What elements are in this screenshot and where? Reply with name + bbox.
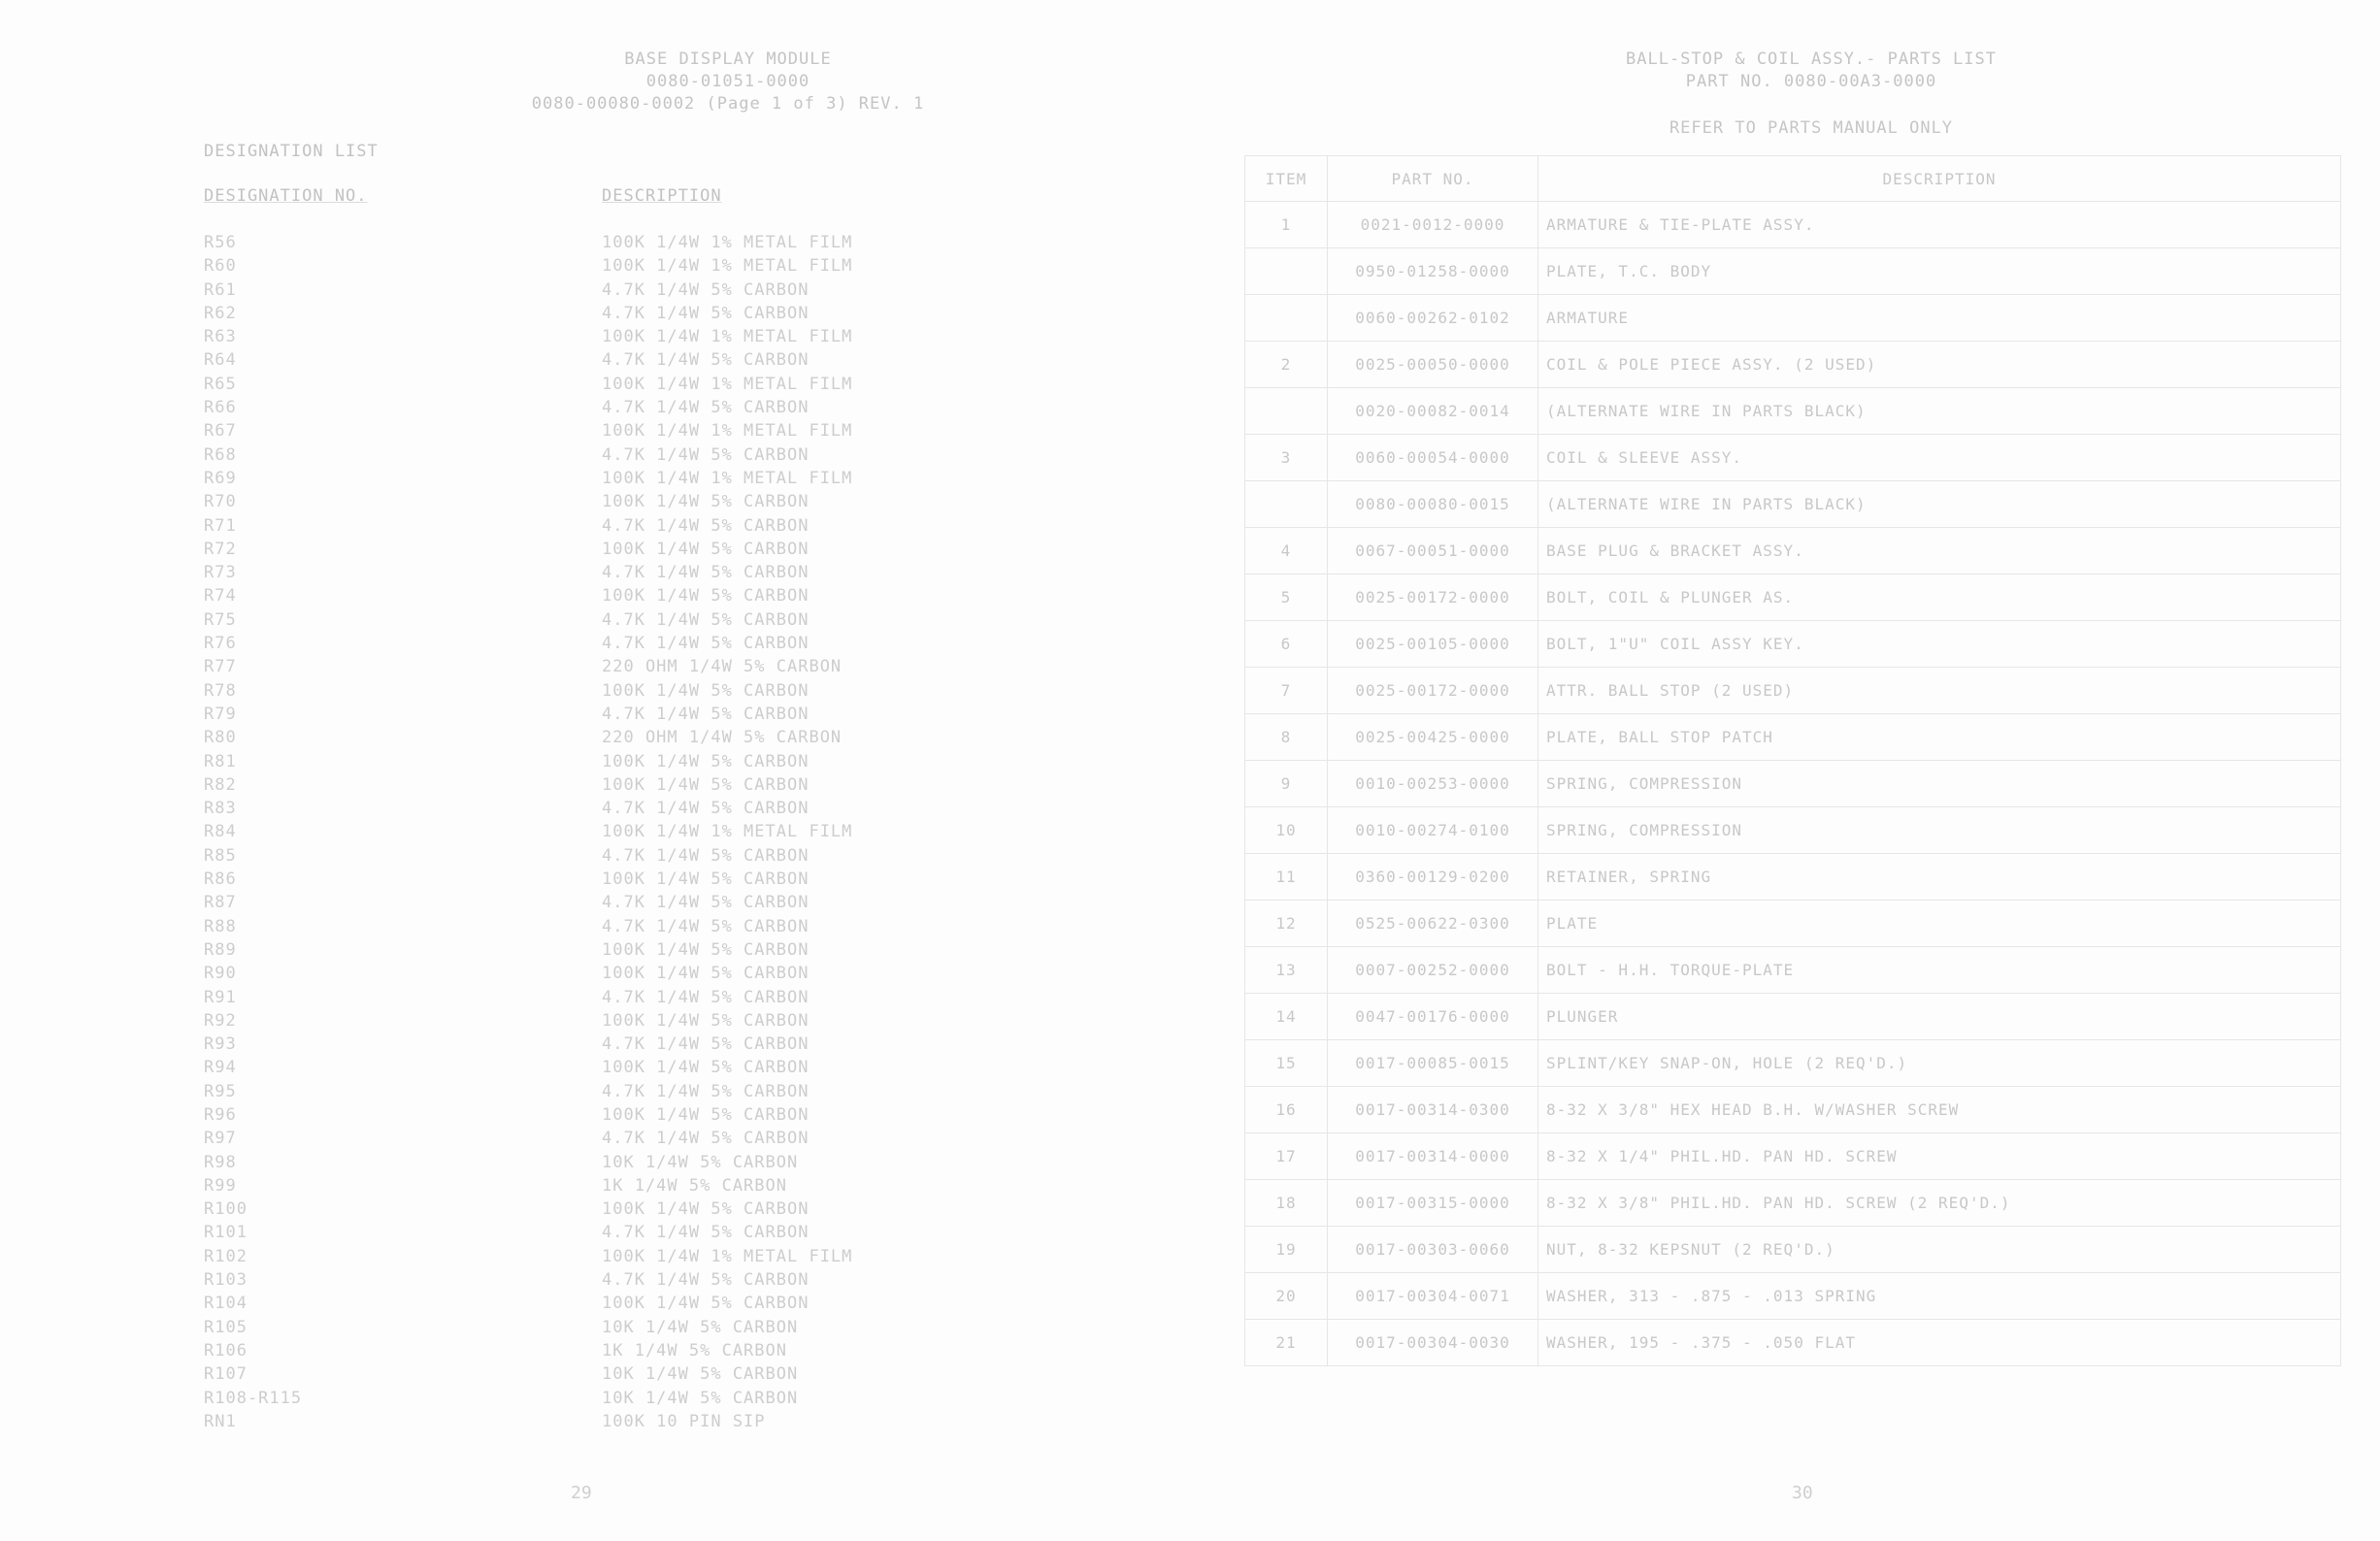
designation-cell: R69 — [204, 467, 602, 490]
list-item: R69100K 1/4W 1% METAL FILM — [204, 467, 980, 490]
list-item: R734.7K 1/4W 5% CARBON — [204, 561, 980, 584]
description-cell: 100K 1/4W 1% METAL FILM — [602, 254, 980, 278]
description-cell: 100K 1/4W 1% METAL FILM — [602, 419, 980, 443]
designation-cell: R61 — [204, 279, 602, 302]
list-item: R1014.7K 1/4W 5% CARBON — [204, 1221, 980, 1244]
designation-cell: R82 — [204, 773, 602, 797]
table-row: 10021-0012-0000ARMATURE & TIE-PLATE ASSY… — [1245, 202, 2341, 248]
part-number-cell: 0017-00085-0015 — [1328, 1040, 1538, 1087]
description-cell: PLATE, BALL STOP PATCH — [1538, 714, 2341, 761]
description-cell: 1K 1/4W 5% CARBON — [602, 1339, 980, 1362]
table-row: 200017-00304-0071WASHER, 313 - .875 - .0… — [1245, 1273, 2341, 1320]
description-cell: 100K 10 PIN SIP — [602, 1410, 980, 1433]
description-cell: 10K 1/4W 5% CARBON — [602, 1387, 980, 1410]
list-item: R102100K 1/4W 1% METAL FILM — [204, 1245, 980, 1268]
table-row: 140047-00176-0000PLUNGER — [1245, 994, 2341, 1040]
description-cell: 100K 1/4W 5% CARBON — [602, 938, 980, 962]
designation-cell: R96 — [204, 1103, 602, 1127]
table-row: 20025-00050-0000COIL & POLE PIECE ASSY. … — [1245, 342, 2341, 388]
part-number-cell: 0025-00425-0000 — [1328, 714, 1538, 761]
description-cell: 4.7K 1/4W 5% CARBON — [602, 514, 980, 538]
designation-cell: R79 — [204, 703, 602, 726]
item-cell: 3 — [1245, 435, 1328, 481]
description-cell: 4.7K 1/4W 5% CARBON — [602, 561, 980, 584]
description-cell: 8-32 X 3/8" PHIL.HD. PAN HD. SCREW (2 RE… — [1538, 1180, 2341, 1227]
table-row: 40067-00051-0000BASE PLUG & BRACKET ASSY… — [1245, 528, 2341, 574]
designation-cell: R106 — [204, 1339, 602, 1362]
item-cell: 16 — [1245, 1087, 1328, 1133]
part-number-cell: 0047-00176-0000 — [1328, 994, 1538, 1040]
description-cell: PLATE — [1538, 901, 2341, 947]
list-item: R72100K 1/4W 5% CARBON — [204, 538, 980, 561]
designation-cell: R72 — [204, 538, 602, 561]
description-cell: PLUNGER — [1538, 994, 2341, 1040]
list-item: R90100K 1/4W 5% CARBON — [204, 962, 980, 985]
description-cell: RETAINER, SPRING — [1538, 854, 2341, 901]
designation-cell: R88 — [204, 915, 602, 938]
designation-cell: R60 — [204, 254, 602, 278]
list-item: R1034.7K 1/4W 5% CARBON — [204, 1268, 980, 1292]
list-item: R794.7K 1/4W 5% CARBON — [204, 703, 980, 726]
description-cell: 4.7K 1/4W 5% CARBON — [602, 915, 980, 938]
page-number: 30 — [1792, 1483, 1813, 1503]
designation-cell: R66 — [204, 396, 602, 419]
description-cell: 100K 1/4W 1% METAL FILM — [602, 1245, 980, 1268]
part-number-cell: 0025-00172-0000 — [1328, 668, 1538, 714]
table-row: 110360-00129-0200RETAINER, SPRING — [1245, 854, 2341, 901]
designation-cell: R71 — [204, 514, 602, 538]
description-cell: 4.7K 1/4W 5% CARBON — [602, 608, 980, 632]
description-cell: 4.7K 1/4W 5% CARBON — [602, 396, 980, 419]
list-item: R94100K 1/4W 5% CARBON — [204, 1056, 980, 1079]
item-cell: 7 — [1245, 668, 1328, 714]
list-item: R684.7K 1/4W 5% CARBON — [204, 443, 980, 467]
designation-cell: R81 — [204, 750, 602, 773]
item-cell: 6 — [1245, 621, 1328, 668]
description-cell: PLATE, T.C. BODY — [1538, 248, 2341, 295]
header-line: PART NO. 0080-00A3-0000 — [1510, 71, 2112, 93]
designation-cell: R107 — [204, 1362, 602, 1386]
description-cell: WASHER, 195 - .375 - .050 FLAT — [1538, 1320, 2341, 1366]
designation-cell: R75 — [204, 608, 602, 632]
description-cell: 4.7K 1/4W 5% CARBON — [602, 1033, 980, 1056]
designation-cell: RN1 — [204, 1410, 602, 1433]
description-cell: NUT, 8-32 KEPSNUT (2 REQ'D.) — [1538, 1227, 2341, 1273]
designation-cell: R100 — [204, 1197, 602, 1221]
description-cell: SPLINT/KEY SNAP-ON, HOLE (2 REQ'D.) — [1538, 1040, 2341, 1087]
part-number-cell: 0017-00315-0000 — [1328, 1180, 1538, 1227]
list-item: R714.7K 1/4W 5% CARBON — [204, 514, 980, 538]
part-number-cell: 0017-00303-0060 — [1328, 1227, 1538, 1273]
description-cell: 10K 1/4W 5% CARBON — [602, 1316, 980, 1339]
item-cell: 10 — [1245, 807, 1328, 854]
designation-cell: R89 — [204, 938, 602, 962]
description-cell: 100K 1/4W 5% CARBON — [602, 1056, 980, 1079]
description-cell: 4.7K 1/4W 5% CARBON — [602, 1268, 980, 1292]
part-number-cell: 0525-00622-0300 — [1328, 901, 1538, 947]
part-number-cell: 0017-00314-0000 — [1328, 1133, 1538, 1180]
header-line: BASE DISPLAY MODULE — [427, 49, 1029, 71]
description-column-header: DESCRIPTION — [602, 186, 722, 206]
item-cell: 9 — [1245, 761, 1328, 807]
designation-cell: R95 — [204, 1080, 602, 1103]
table-row: 180017-00315-00008-32 X 3/8" PHIL.HD. PA… — [1245, 1180, 2341, 1227]
list-item: R834.7K 1/4W 5% CARBON — [204, 797, 980, 820]
description-cell: WASHER, 313 - .875 - .013 SPRING — [1538, 1273, 2341, 1320]
part-number-cell: 0025-00172-0000 — [1328, 574, 1538, 621]
item-cell: 17 — [1245, 1133, 1328, 1180]
designation-cell: R92 — [204, 1009, 602, 1033]
list-item: R77220 OHM 1/4W 5% CARBON — [204, 655, 980, 678]
description-cell: BOLT - H.H. TORQUE-PLATE — [1538, 947, 2341, 994]
part-number-cell: 0021-0012-0000 — [1328, 202, 1538, 248]
designation-cell: R74 — [204, 584, 602, 607]
list-item: R60100K 1/4W 1% METAL FILM — [204, 254, 980, 278]
description-cell: 4.7K 1/4W 5% CARBON — [602, 279, 980, 302]
description-cell: 4.7K 1/4W 5% CARBON — [602, 443, 980, 467]
description-cell: 100K 1/4W 1% METAL FILM — [602, 373, 980, 396]
designation-cell: R98 — [204, 1151, 602, 1174]
table-row: 100010-00274-0100SPRING, COMPRESSION — [1245, 807, 2341, 854]
table-row: 80025-00425-0000PLATE, BALL STOP PATCH — [1245, 714, 2341, 761]
list-item: R954.7K 1/4W 5% CARBON — [204, 1080, 980, 1103]
part-number-cell: 0020-00082-0014 — [1328, 388, 1538, 435]
table-row: 0060-00262-0102ARMATURE — [1245, 295, 2341, 342]
list-item: R100100K 1/4W 5% CARBON — [204, 1197, 980, 1221]
description-cell: 4.7K 1/4W 5% CARBON — [602, 1080, 980, 1103]
list-item: R67100K 1/4W 1% METAL FILM — [204, 419, 980, 443]
designation-cell: R84 — [204, 820, 602, 843]
description-cell: 4.7K 1/4W 5% CARBON — [602, 1127, 980, 1150]
list-item: R764.7K 1/4W 5% CARBON — [204, 632, 980, 655]
description-cell: 10K 1/4W 5% CARBON — [602, 1362, 980, 1386]
designation-cell: R94 — [204, 1056, 602, 1079]
description-cell: 4.7K 1/4W 5% CARBON — [602, 302, 980, 325]
list-item: R10710K 1/4W 5% CARBON — [204, 1362, 980, 1386]
description-cell: COIL & POLE PIECE ASSY. (2 USED) — [1538, 342, 2341, 388]
list-item: R82100K 1/4W 5% CARBON — [204, 773, 980, 797]
table-row: 170017-00314-00008-32 X 1/4" PHIL.HD. PA… — [1245, 1133, 2341, 1180]
list-item: R624.7K 1/4W 5% CARBON — [204, 302, 980, 325]
description-cell: 220 OHM 1/4W 5% CARBON — [602, 726, 980, 749]
designation-cell: R93 — [204, 1033, 602, 1056]
part-number-cell: 0007-00252-0000 — [1328, 947, 1538, 994]
description-cell: 8-32 X 3/8" HEX HEAD B.H. W/WASHER SCREW — [1538, 1087, 2341, 1133]
part-number-cell: 0067-00051-0000 — [1328, 528, 1538, 574]
item-cell: 4 — [1245, 528, 1328, 574]
list-item: R80220 OHM 1/4W 5% CARBON — [204, 726, 980, 749]
list-item: R664.7K 1/4W 5% CARBON — [204, 396, 980, 419]
description-cell: 4.7K 1/4W 5% CARBON — [602, 844, 980, 868]
description-cell: 4.7K 1/4W 5% CARBON — [602, 348, 980, 372]
item-cell: 5 — [1245, 574, 1328, 621]
designation-cell: R78 — [204, 679, 602, 703]
item-cell: 19 — [1245, 1227, 1328, 1273]
list-item: R644.7K 1/4W 5% CARBON — [204, 348, 980, 372]
list-item: R70100K 1/4W 5% CARBON — [204, 490, 980, 513]
description-cell: (ALTERNATE WIRE IN PARTS BLACK) — [1538, 388, 2341, 435]
item-cell — [1245, 388, 1328, 435]
designation-cell: R80 — [204, 726, 602, 749]
header-line: 0080-01051-0000 — [427, 71, 1029, 93]
list-item: R56100K 1/4W 1% METAL FILM — [204, 231, 980, 254]
list-item: R65100K 1/4W 1% METAL FILM — [204, 373, 980, 396]
table-row: 120525-00622-0300PLATE — [1245, 901, 2341, 947]
designation-cell: R86 — [204, 868, 602, 891]
designation-cell: R83 — [204, 797, 602, 820]
description-cell: 1K 1/4W 5% CARBON — [602, 1174, 980, 1197]
header-line: BALL-STOP & COIL ASSY.- PARTS LIST — [1510, 49, 2112, 71]
part-number-cell: 0017-00304-0030 — [1328, 1320, 1538, 1366]
designation-cell: R104 — [204, 1292, 602, 1315]
list-item: R974.7K 1/4W 5% CARBON — [204, 1127, 980, 1150]
right-page-header: BALL-STOP & COIL ASSY.- PARTS LIST PART … — [1510, 49, 2112, 93]
part-number-cell: 0060-00262-0102 — [1328, 295, 1538, 342]
designation-cell: R70 — [204, 490, 602, 513]
part-number-cell: 0080-00080-0015 — [1328, 481, 1538, 528]
description-cell: 100K 1/4W 1% METAL FILM — [602, 231, 980, 254]
part-number-cell: 0017-00304-0071 — [1328, 1273, 1538, 1320]
part-number-cell: 0025-00050-0000 — [1328, 342, 1538, 388]
list-item: R754.7K 1/4W 5% CARBON — [204, 608, 980, 632]
list-item: R86100K 1/4W 5% CARBON — [204, 868, 980, 891]
designation-cell: R77 — [204, 655, 602, 678]
table-row: 150017-00085-0015SPLINT/KEY SNAP-ON, HOL… — [1245, 1040, 2341, 1087]
designation-column-header: DESIGNATION NO. — [204, 186, 368, 206]
item-cell: 1 — [1245, 202, 1328, 248]
part-number-cell: 0025-00105-0000 — [1328, 621, 1538, 668]
description-cell: 100K 1/4W 5% CARBON — [602, 679, 980, 703]
list-item: R81100K 1/4W 5% CARBON — [204, 750, 980, 773]
description-cell: ARMATURE & TIE-PLATE ASSY. — [1538, 202, 2341, 248]
list-item: R9810K 1/4W 5% CARBON — [204, 1151, 980, 1174]
table-row: 50025-00172-0000BOLT, COIL & PLUNGER AS. — [1245, 574, 2341, 621]
parts-table: ITEM PART NO. DESCRIPTION 10021-0012-000… — [1244, 155, 2341, 1366]
description-cell: BOLT, 1"U" COIL ASSY KEY. — [1538, 621, 2341, 668]
table-row: 190017-00303-0060NUT, 8-32 KEPSNUT (2 RE… — [1245, 1227, 2341, 1273]
designation-cell: R65 — [204, 373, 602, 396]
designation-cell: R97 — [204, 1127, 602, 1150]
designation-cell: R56 — [204, 231, 602, 254]
left-page-header: BASE DISPLAY MODULE 0080-01051-0000 0080… — [427, 49, 1029, 115]
list-item: R874.7K 1/4W 5% CARBON — [204, 891, 980, 914]
description-cell: (ALTERNATE WIRE IN PARTS BLACK) — [1538, 481, 2341, 528]
description-cell: 4.7K 1/4W 5% CARBON — [602, 797, 980, 820]
list-item: R934.7K 1/4W 5% CARBON — [204, 1033, 980, 1056]
table-row: 0950-01258-0000PLATE, T.C. BODY — [1245, 248, 2341, 295]
list-item: R614.7K 1/4W 5% CARBON — [204, 279, 980, 302]
designation-cell: R62 — [204, 302, 602, 325]
description-cell: ATTR. BALL STOP (2 USED) — [1538, 668, 2341, 714]
designation-cell: R90 — [204, 962, 602, 985]
designation-list: R56100K 1/4W 1% METAL FILMR60100K 1/4W 1… — [204, 231, 980, 1433]
description-cell: 220 OHM 1/4W 5% CARBON — [602, 655, 980, 678]
designation-cell: R91 — [204, 986, 602, 1009]
item-cell: 13 — [1245, 947, 1328, 994]
description-cell: 100K 1/4W 1% METAL FILM — [602, 820, 980, 843]
part-number-cell: 0017-00314-0300 — [1328, 1087, 1538, 1133]
item-cell: 11 — [1245, 854, 1328, 901]
description-cell: 100K 1/4W 5% CARBON — [602, 490, 980, 513]
designation-cell: R63 — [204, 325, 602, 348]
table-row: 60025-00105-0000BOLT, 1"U" COIL ASSY KEY… — [1245, 621, 2341, 668]
description-cell: 4.7K 1/4W 5% CARBON — [602, 891, 980, 914]
description-cell: 100K 1/4W 5% CARBON — [602, 538, 980, 561]
description-cell: 4.7K 1/4W 5% CARBON — [602, 1221, 980, 1244]
part-number-cell: 0010-00253-0000 — [1328, 761, 1538, 807]
designation-cell: R87 — [204, 891, 602, 914]
part-number-cell: 0360-00129-0200 — [1328, 854, 1538, 901]
description-cell: SPRING, COMPRESSION — [1538, 761, 2341, 807]
designation-cell: R108-R115 — [204, 1387, 602, 1410]
list-item: R108-R11510K 1/4W 5% CARBON — [204, 1387, 980, 1410]
description-cell: 100K 1/4W 5% CARBON — [602, 1197, 980, 1221]
description-cell: 100K 1/4W 1% METAL FILM — [602, 325, 980, 348]
table-row: 130007-00252-0000BOLT - H.H. TORQUE-PLAT… — [1245, 947, 2341, 994]
description-cell: 4.7K 1/4W 5% CARBON — [602, 986, 980, 1009]
item-cell — [1245, 481, 1328, 528]
column-header-description: DESCRIPTION — [1538, 156, 2341, 202]
designation-cell: R103 — [204, 1268, 602, 1292]
description-cell: 4.7K 1/4W 5% CARBON — [602, 703, 980, 726]
item-cell: 15 — [1245, 1040, 1328, 1087]
part-number-cell: 0010-00274-0100 — [1328, 807, 1538, 854]
designation-cell: R68 — [204, 443, 602, 467]
designation-cell: R67 — [204, 419, 602, 443]
designation-cell: R73 — [204, 561, 602, 584]
item-cell: 2 — [1245, 342, 1328, 388]
description-cell: 4.7K 1/4W 5% CARBON — [602, 632, 980, 655]
item-cell: 12 — [1245, 901, 1328, 947]
table-row: 70025-00172-0000ATTR. BALL STOP (2 USED) — [1245, 668, 2341, 714]
description-cell: 8-32 X 1/4" PHIL.HD. PAN HD. SCREW — [1538, 1133, 2341, 1180]
item-cell — [1245, 295, 1328, 342]
description-cell: 100K 1/4W 5% CARBON — [602, 1292, 980, 1315]
designation-cell: R64 — [204, 348, 602, 372]
description-cell: 100K 1/4W 5% CARBON — [602, 750, 980, 773]
list-item: R92100K 1/4W 5% CARBON — [204, 1009, 980, 1033]
description-cell: 100K 1/4W 5% CARBON — [602, 962, 980, 985]
description-cell: BASE PLUG & BRACKET ASSY. — [1538, 528, 2341, 574]
description-cell: 100K 1/4W 1% METAL FILM — [602, 467, 980, 490]
designation-cell: R105 — [204, 1316, 602, 1339]
item-cell: 20 — [1245, 1273, 1328, 1320]
section-title: DESIGNATION LIST — [204, 142, 379, 161]
description-cell: BOLT, COIL & PLUNGER AS. — [1538, 574, 2341, 621]
description-cell: COIL & SLEEVE ASSY. — [1538, 435, 2341, 481]
table-row: 0020-00082-0014(ALTERNATE WIRE IN PARTS … — [1245, 388, 2341, 435]
right-page: BALL-STOP & COIL ASSY.- PARTS LIST PART … — [1190, 0, 2380, 1541]
description-cell: 100K 1/4W 5% CARBON — [602, 868, 980, 891]
description-cell: 100K 1/4W 5% CARBON — [602, 773, 980, 797]
part-number-cell: 0950-01258-0000 — [1328, 248, 1538, 295]
list-item: R63100K 1/4W 1% METAL FILM — [204, 325, 980, 348]
left-page: BASE DISPLAY MODULE 0080-01051-0000 0080… — [0, 0, 1190, 1541]
item-cell: 14 — [1245, 994, 1328, 1040]
header-line: 0080-00080-0002 (Page 1 of 3) REV. 1 — [427, 93, 1029, 115]
table-header-row: ITEM PART NO. DESCRIPTION — [1245, 156, 2341, 202]
table-row: 160017-00314-03008-32 X 3/8" HEX HEAD B.… — [1245, 1087, 2341, 1133]
designation-cell: R101 — [204, 1221, 602, 1244]
list-item: R10510K 1/4W 5% CARBON — [204, 1316, 980, 1339]
table-row: 210017-00304-0030WASHER, 195 - .375 - .0… — [1245, 1320, 2341, 1366]
list-item: RN1100K 10 PIN SIP — [204, 1410, 980, 1433]
page-number: 29 — [571, 1483, 592, 1503]
page-subtitle: REFER TO PARTS MANUAL ONLY — [1559, 118, 2064, 138]
description-cell: 100K 1/4W 5% CARBON — [602, 1009, 980, 1033]
designation-cell: R99 — [204, 1174, 602, 1197]
description-cell: ARMATURE — [1538, 295, 2341, 342]
list-item: R104100K 1/4W 5% CARBON — [204, 1292, 980, 1315]
list-item: R96100K 1/4W 5% CARBON — [204, 1103, 980, 1127]
column-header-part-no: PART NO. — [1328, 156, 1538, 202]
list-item: R914.7K 1/4W 5% CARBON — [204, 986, 980, 1009]
part-number-cell: 0060-00054-0000 — [1328, 435, 1538, 481]
description-cell: 100K 1/4W 5% CARBON — [602, 584, 980, 607]
designation-cell: R76 — [204, 632, 602, 655]
item-cell — [1245, 248, 1328, 295]
table-row: 0080-00080-0015(ALTERNATE WIRE IN PARTS … — [1245, 481, 2341, 528]
item-cell: 21 — [1245, 1320, 1328, 1366]
item-cell: 8 — [1245, 714, 1328, 761]
list-item: R78100K 1/4W 5% CARBON — [204, 679, 980, 703]
designation-cell: R85 — [204, 844, 602, 868]
list-item: R89100K 1/4W 5% CARBON — [204, 938, 980, 962]
list-item: R854.7K 1/4W 5% CARBON — [204, 844, 980, 868]
list-item: R84100K 1/4W 1% METAL FILM — [204, 820, 980, 843]
table-row: 90010-00253-0000SPRING, COMPRESSION — [1245, 761, 2341, 807]
list-item: R1061K 1/4W 5% CARBON — [204, 1339, 980, 1362]
description-cell: 10K 1/4W 5% CARBON — [602, 1151, 980, 1174]
description-cell: 100K 1/4W 5% CARBON — [602, 1103, 980, 1127]
designation-cell: R102 — [204, 1245, 602, 1268]
table-row: 30060-00054-0000COIL & SLEEVE ASSY. — [1245, 435, 2341, 481]
description-cell: SPRING, COMPRESSION — [1538, 807, 2341, 854]
column-header-item: ITEM — [1245, 156, 1328, 202]
list-item: R991K 1/4W 5% CARBON — [204, 1174, 980, 1197]
list-item: R74100K 1/4W 5% CARBON — [204, 584, 980, 607]
item-cell: 18 — [1245, 1180, 1328, 1227]
list-item: R884.7K 1/4W 5% CARBON — [204, 915, 980, 938]
